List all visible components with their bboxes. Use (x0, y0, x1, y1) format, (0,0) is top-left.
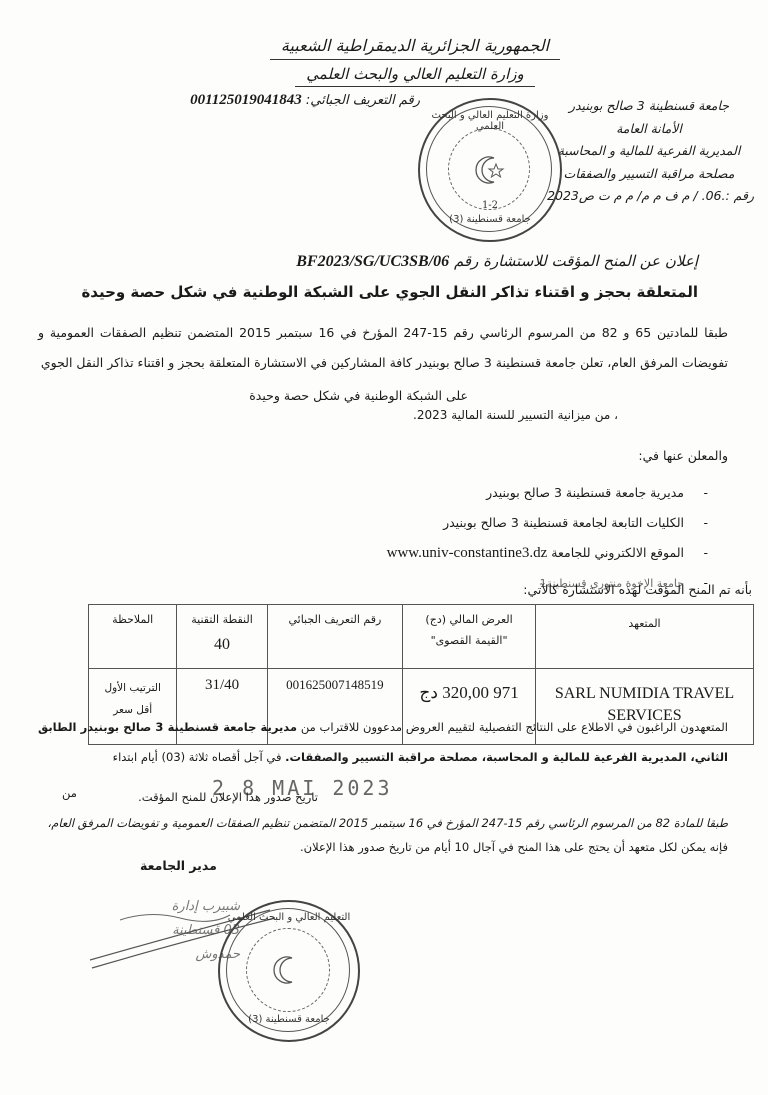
sender-subdirectorate: المديرية الفرعية للمالية و المحاسبة (544, 140, 754, 163)
seal-top-code: 1-2 (420, 200, 560, 211)
consultation-code: BF2023/SG/UC3SB/06 (296, 253, 449, 270)
list-item: مديرية جامعة قسنطينة 3 صالح بوبنيدر (387, 478, 708, 508)
reference-number: رقم :.06. / م ف م م/ م م ت ص2023 (544, 185, 754, 208)
seal-bottom-text: التعليم العالي و البحث العلمي (220, 912, 358, 923)
list-item: الكليات التابعة لجامعة قسنطينة 3 صالح بو… (387, 508, 708, 538)
header-score: النقطة التقنية 40 (177, 605, 267, 669)
seal-top-text: وزارة التعليم العالي و البحث العلمي (420, 110, 560, 132)
seal-top-bottom-text: جامعة قسنطينة (3) (420, 214, 560, 225)
sender-block: جامعة قسنطينة 3 صالح بوبنيدر الأمانة الع… (544, 95, 754, 208)
list-item: الموقع الالكتروني للجامعة www.univ-const… (387, 538, 708, 568)
from-label: من (62, 786, 77, 800)
consult-results-paragraph: المتعهدون الراغبون في الاطلاع على النتائ… (38, 712, 728, 772)
tax-id-value: 001125019041843 (190, 92, 302, 108)
header-offer: العرض المالي (دج) "القيمة القصوى" (403, 605, 536, 669)
star-crescent-icon (472, 152, 508, 188)
website-link[interactable]: www.univ-constantine3.dz (387, 545, 548, 561)
legal-basis-continuation: على الشبكة الوطنية في شكل حصة وحيدة (249, 388, 468, 403)
seal-bottom-bottom-text: جامعة قسنطينة (3) (220, 1014, 358, 1025)
star-crescent-icon (270, 952, 306, 988)
header-tax-id: رقم التعريف الجبائي (267, 605, 403, 669)
table-header-row: المتعهد العرض المالي (دج) "القيمة القصوى… (89, 605, 754, 669)
award-intro: بأنه تم المنح المؤقت لهذه الاستشارة كالآ… (523, 582, 752, 597)
signatory-title: مدير الجامعة (140, 858, 217, 873)
header-note: الملاحظة (89, 605, 177, 669)
sender-university: جامعة قسنطينة 3 صالح بوبنيدر (544, 95, 754, 118)
sender-secretariat: الأمانة العامة (544, 118, 754, 141)
date-tail: تاريخ صدور هذا الإعلان للمنح المؤقت. (138, 790, 318, 804)
legal-basis-paragraph: طبقا للمادتين 65 و 82 من المرسوم الرئاسي… (38, 318, 728, 378)
tax-id-label: رقم التعريف الجبائي: (306, 93, 420, 108)
republic-heading: الجمهورية الجزائرية الديمقراطية الشعبية (270, 36, 560, 60)
ministry-heading: وزارة التعليم العالي والبحث العلمي (295, 65, 535, 87)
announcement-subtitle: المتعلقة بحجز و اقتناء تذاكر النقل الجوي… (81, 283, 698, 301)
official-seal-bottom: التعليم العالي و البحث العلمي جامعة قسنط… (218, 900, 360, 1042)
publication-places-list: مديرية جامعة قسنطينة 3 صالح بوبنيدر الكل… (387, 478, 708, 599)
sender-service: مصلحة مراقبة التسيير والصفقات (544, 163, 754, 186)
announcement-title: إعلان عن المنح المؤقت للاستشارة رقم BF20… (296, 252, 698, 271)
title-prefix: إعلان عن المنح المؤقت للاستشارة رقم (454, 252, 698, 270)
official-seal-top: وزارة التعليم العالي و البحث العلمي 1-2 … (418, 98, 562, 242)
header-bidder: المتعهد (535, 605, 753, 669)
announced-in-label: والمعلن عنها في: (638, 448, 728, 463)
tax-id: رقم التعريف الجبائي: 001125019041843 (100, 92, 420, 109)
budget-line: ، من ميزانية التسيير للسنة المالية 2023. (413, 408, 618, 422)
